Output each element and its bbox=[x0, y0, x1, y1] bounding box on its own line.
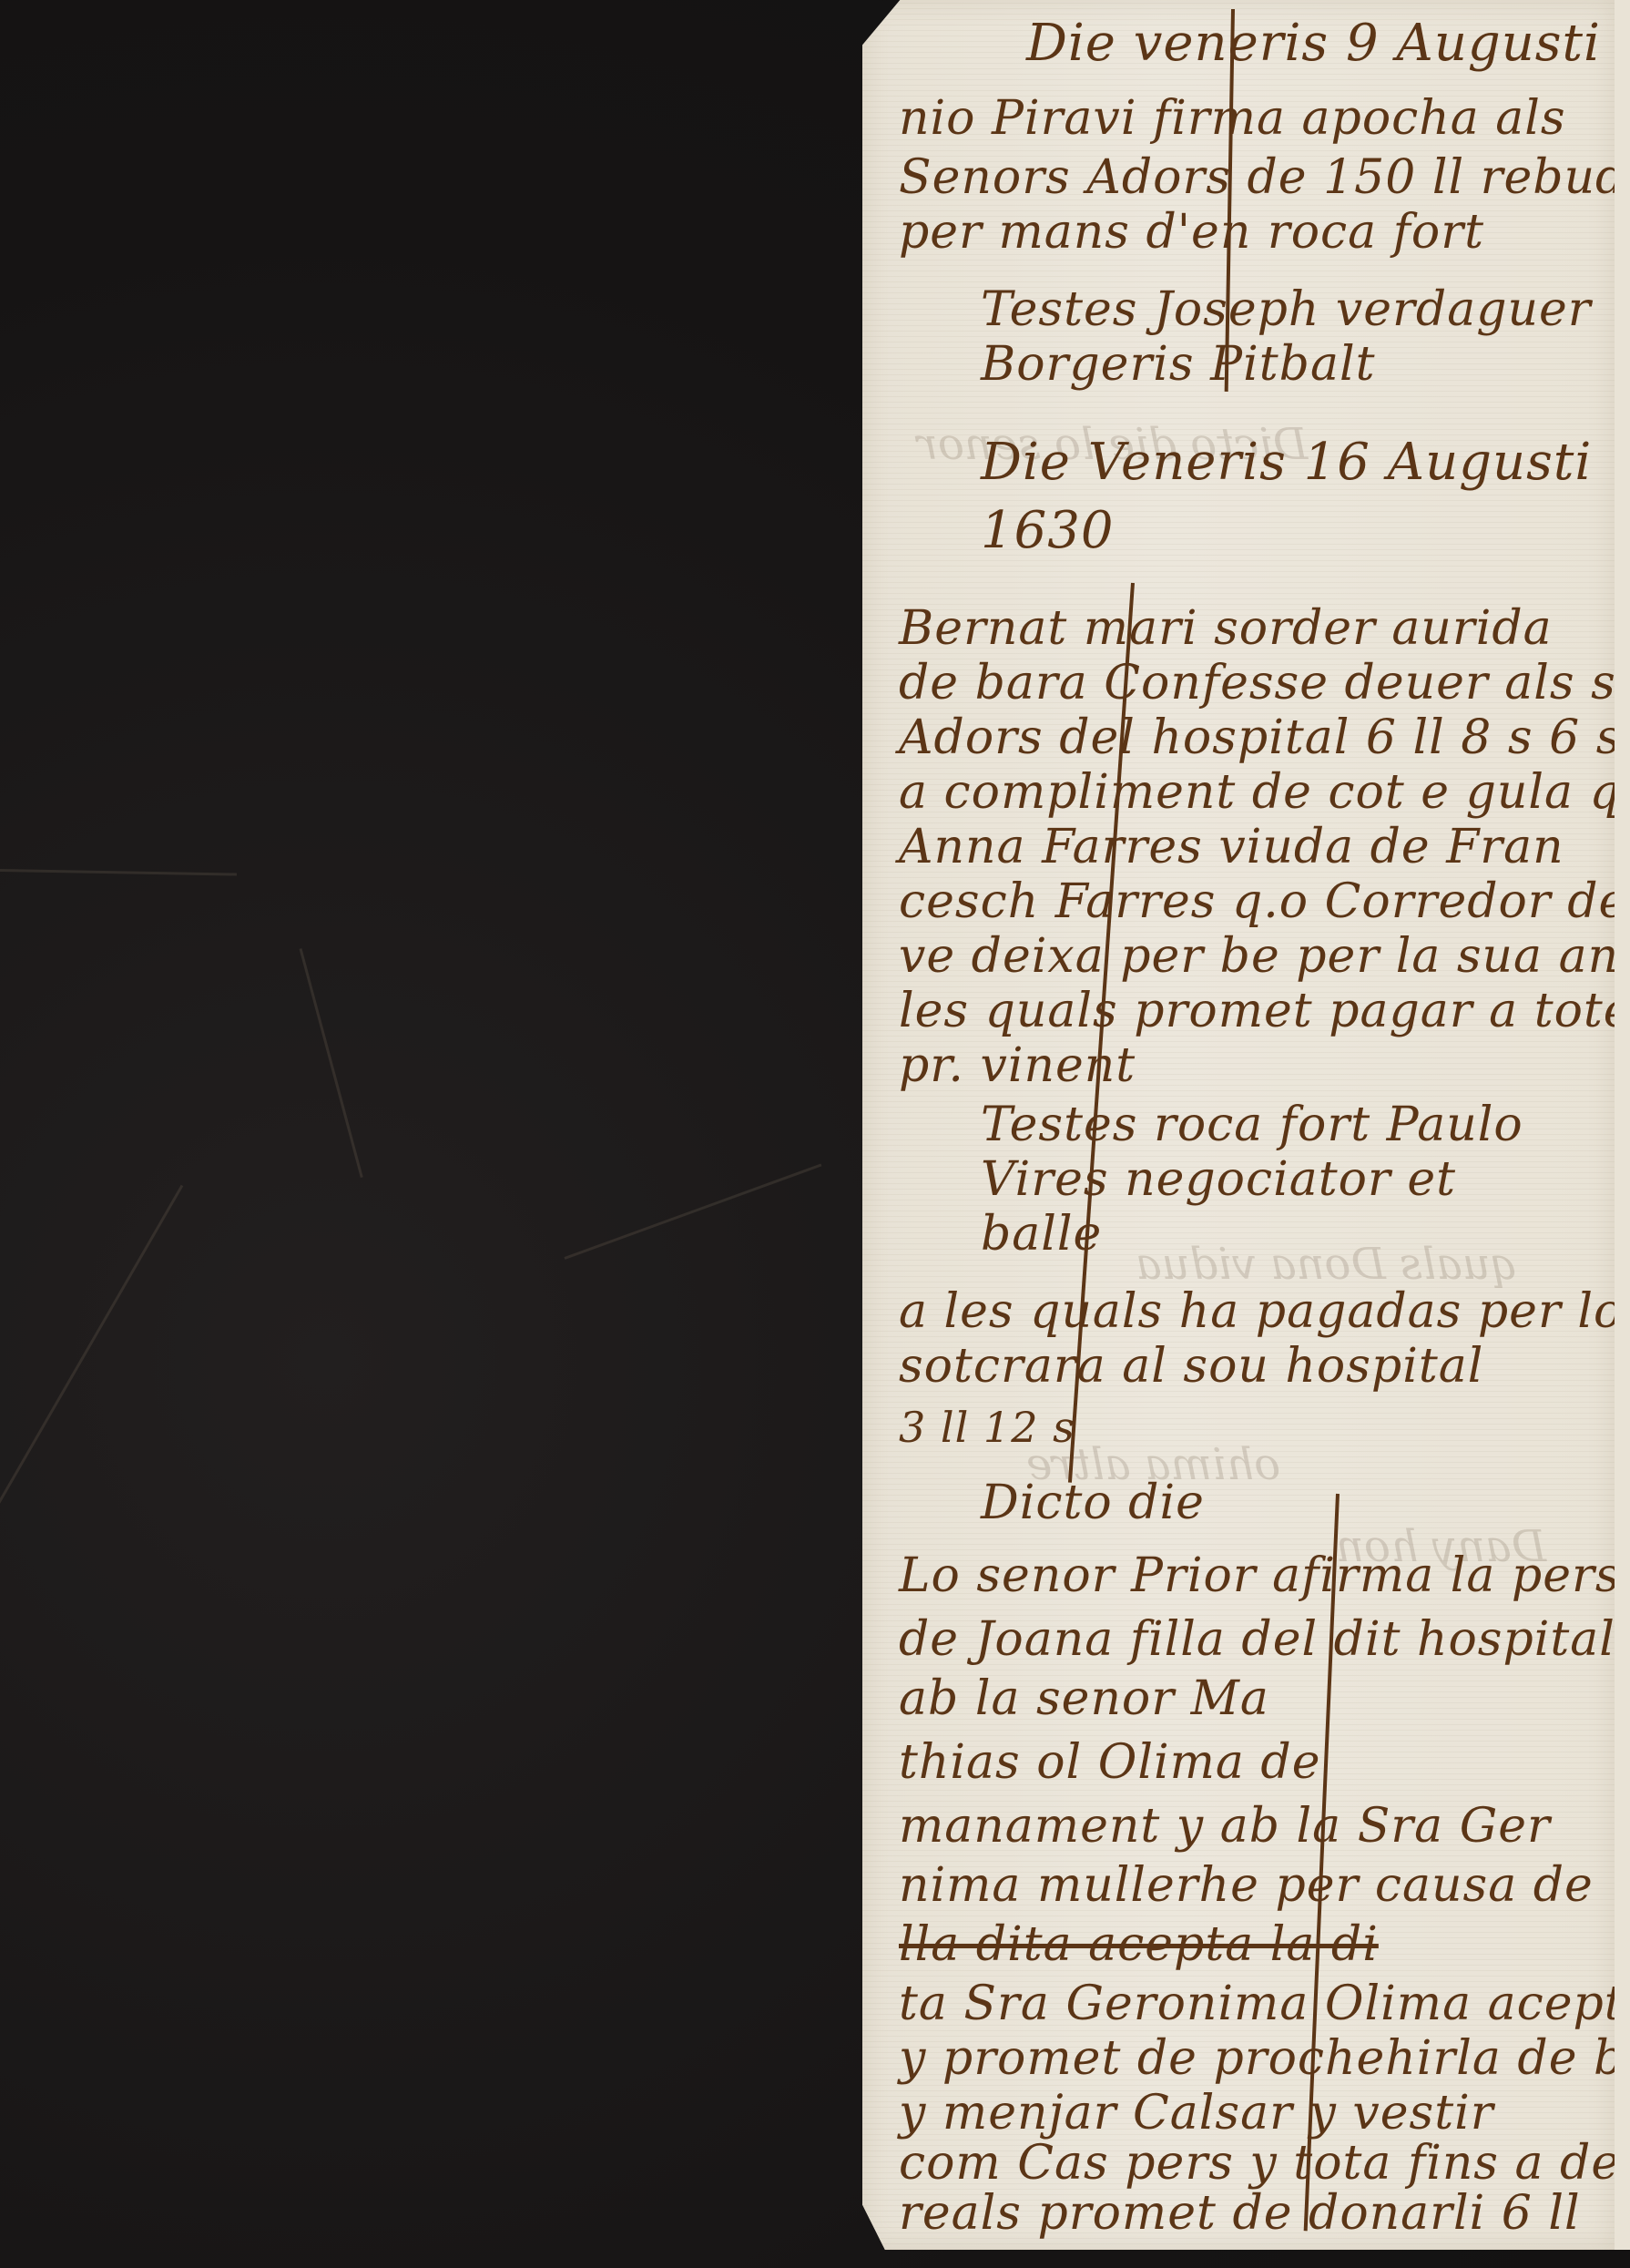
entry-2-date: Die Veneris 16 Augusti bbox=[981, 433, 1592, 492]
board-crease bbox=[0, 1185, 183, 1517]
entry-2-line: sotcrara al sou hospital bbox=[899, 1339, 1483, 1394]
scan-canvas: Dicto die lo senor quals Dona vidua ohim… bbox=[0, 0, 1630, 2268]
board-crease bbox=[0, 869, 237, 876]
entry-3-line: manament y ab la Sra Ger bbox=[899, 1799, 1551, 1854]
entry-3-line: ab la senor Ma bbox=[899, 1671, 1269, 1726]
board-crease bbox=[564, 1163, 821, 1259]
entry-1-witnesses: Borgeris Pitbalt bbox=[981, 337, 1375, 392]
entry-2-line: Adors del hospital 6 ll 8 s 6 son bbox=[899, 710, 1630, 765]
entry-2-line: les quals promet pagar a totes 1.5 bbox=[899, 984, 1630, 1038]
entry-3-line: y menjar Calsar y vestir bbox=[899, 2086, 1494, 2140]
entry-3-struck-line: lla dita acepta la di bbox=[899, 1917, 1379, 1972]
entry-1-witnesses: Testes Joseph verdaguer bbox=[981, 282, 1592, 337]
entry-2-line: a les quals ha pagadas per lo bbox=[899, 1284, 1623, 1339]
entry-3-line: y promet de prochehirla de bavra bbox=[899, 2031, 1630, 2086]
entry-2-witnesses: Testes roca fort Paulo bbox=[981, 1098, 1523, 1152]
entry-2-line: Bernat mari sorder aurida bbox=[899, 601, 1553, 656]
entry-3-line: Lo senor Prior afirma la persona bbox=[899, 1548, 1630, 1603]
entry-3-line: reals promet de donarli 6 ll bbox=[899, 2186, 1581, 2241]
entry-1-date: Die veneris 9 Augusti 1630 bbox=[1026, 14, 1630, 73]
entry-2-witnesses: Vires negociator et bbox=[981, 1152, 1456, 1207]
manuscript-page: Dicto die lo senor quals Dona vidua ohim… bbox=[862, 0, 1615, 2250]
entry-2-line: a compliment de cot e gula q.o bbox=[899, 765, 1630, 820]
entry-3-line: de Joana filla del dit hospital bbox=[899, 1612, 1615, 1667]
entry-2-amount: 3 ll 12 s bbox=[899, 1403, 1075, 1452]
entry-2-line: de bara Confesse deuer als sors bbox=[899, 656, 1630, 710]
entry-1-line: per mans d'en roca fort bbox=[899, 205, 1484, 260]
entry-2-line: Anna Farres viuda de Fran bbox=[899, 820, 1564, 874]
entry-1-line: Senors Adors de 150 ll rebuda bbox=[899, 150, 1630, 205]
entry-3-line: nima mullerhe per causa de bbox=[899, 1858, 1594, 1913]
entry-2-line: ve deixa per be per la sua anima bbox=[899, 929, 1630, 984]
board-crease bbox=[300, 948, 363, 1178]
entry-3-date: Dicto die bbox=[981, 1476, 1205, 1530]
bleed-through-text: quals Dona vidua bbox=[1136, 1239, 1518, 1290]
entry-3-line: ta Sra Geronima Olima acepta bbox=[899, 1977, 1630, 2031]
entry-2-year: 1630 bbox=[981, 501, 1115, 560]
entry-3-line: com Cas pers y tota fins a den bbox=[899, 2136, 1630, 2191]
entry-3-line: thias ol Olima de bbox=[899, 1735, 1321, 1790]
entry-2-line: cesch Farres q.o Corredor de Coll bbox=[899, 874, 1630, 929]
